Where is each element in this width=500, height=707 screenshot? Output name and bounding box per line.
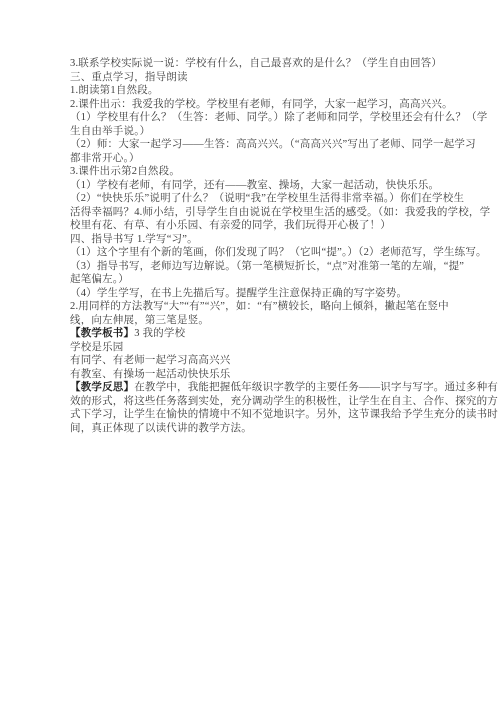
line-text: 间，真正体现了以读代讲的教学方法。: [70, 423, 252, 434]
line-text: 活得幸福吗？4.师小结，引导学生自由说说在学校里生活的感受。（如：我爱我的学校，…: [70, 207, 490, 218]
document-line: 三、重点学习，指导朗读: [70, 71, 440, 85]
lesson-plan-text-block: 3.联系学校实际说一说：学校有什么，自己最喜欢的是什么？（学生自由回答）三、重点…: [70, 57, 440, 435]
document-line: 线，向左伸展，第三笔是竖。: [70, 314, 440, 328]
line-text: 式下学习，让学生在愉快的情境中不知不觉地识字。另外，这节课我给予学生充分的读书时: [70, 409, 498, 420]
line-text: 生自由举手说。）: [70, 126, 150, 137]
line-text: 3.联系学校实际说一说：学校有什么，自己最喜欢的是什么？（学生自由回答）: [70, 58, 442, 69]
document-line: 间，真正体现了以读代讲的教学方法。: [70, 422, 440, 436]
document-line: 四、指导书写 1.学写“习”。: [70, 233, 440, 247]
document-line: 有教室、有操场一起活动快快乐乐: [70, 368, 440, 382]
line-text: （2）“快快乐乐”说明了什么？（说明“我”在学校里生活得非常幸福。）你们在学校生: [70, 193, 464, 204]
document-line: 式下学习，让学生在愉快的情境中不知不觉地识字。另外，这节课我给予学生充分的读书时: [70, 408, 440, 422]
document-line: 3.课件出示第2自然段。: [70, 165, 440, 179]
line-text: 2.用同样的方法教写“大”“有”“兴”，如：“有”横较长，略向上倾斜，撇起笔在竖…: [70, 301, 449, 312]
line-text: 起笔偏左。）: [70, 274, 129, 285]
document-line: 1.朗读第1自然段。: [70, 84, 440, 98]
document-line: 2.课件出示：我爱我的学校。学校里有老师，有同学，大家一起学习，高高兴兴。: [70, 98, 440, 112]
document-line: （1）这个字里有个新的笔画，你们发现了吗？（它叫“提”。）（2）老师范写，学生练…: [70, 246, 440, 260]
document-line: 【教学板书】3 我的学校: [70, 327, 440, 341]
document-line: 学校是乐园: [70, 341, 440, 355]
line-text: （1）学校有老师，有同学，还有——教室、操场，大家一起活动，快快乐乐。: [70, 180, 439, 191]
section-label: 【教学板书】: [70, 328, 134, 339]
line-text: （4）学生学写，在书上先描后写。提醒学生注意保持正确的写字姿势。: [70, 288, 407, 299]
line-text: 线，向左伸展，第三笔是竖。: [70, 315, 209, 326]
line-text: 学校是乐园: [70, 342, 124, 353]
document-line: （2）“快快乐乐”说明了什么？（说明“我”在学校里生活得非常幸福。）你们在学校生: [70, 192, 440, 206]
document-line: 活得幸福吗？4.师小结，引导学生自由说说在学校里生活的感受。（如：我爱我的学校，…: [70, 206, 440, 220]
document-line: 【教学反思】在教学中，我能把握低年级识字教学的主要任务——识字与写字。通过多种有: [70, 381, 440, 395]
document-line: 2.用同样的方法教写“大”“有”“兴”，如：“有”横较长，略向上倾斜，撇起笔在竖…: [70, 300, 440, 314]
section-label: 【教学反思】: [70, 382, 134, 393]
line-text: 三、重点学习，指导朗读: [70, 72, 188, 83]
document-line: 3.联系学校实际说一说：学校有什么，自己最喜欢的是什么？（学生自由回答）: [70, 57, 440, 71]
line-text: 效的形式，将这些任务落到实处，充分调动学生的积极性，让学生在自主、合作、探究的方: [70, 396, 498, 407]
document-line: 生自由举手说。）: [70, 125, 440, 139]
document-line: （2）师：大家一起学习——生答：高高兴兴。（“高高兴兴”写出了老师、同学一起学习: [70, 138, 440, 152]
line-text: 四、指导书写 1.学写“习”。: [70, 234, 198, 245]
line-text: 都非常开心。）: [70, 153, 140, 164]
document-line: 有同学、有老师一起学习高高兴兴: [70, 354, 440, 368]
document-page: 3.联系学校实际说一说：学校有什么，自己最喜欢的是什么？（学生自由回答）三、重点…: [0, 0, 500, 707]
document-line: （1）学校里有什么？（生答：老师、同学。）除了老师和同学，学校里还会有什么？（学: [70, 111, 440, 125]
document-line: （3）指导书写，老师边写边解说。（第一笔横短折长，“点”对准第一笔的左端，“提”: [70, 260, 440, 274]
line-text: 3 我的学校: [134, 328, 185, 339]
document-line: 起笔偏左。）: [70, 273, 440, 287]
document-line: （1）学校有老师，有同学，还有——教室、操场，大家一起活动，快快乐乐。: [70, 179, 440, 193]
document-line: 效的形式，将这些任务落到实处，充分调动学生的积极性，让学生在自主、合作、探究的方: [70, 395, 440, 409]
line-text: 2.课件出示：我爱我的学校。学校里有老师，有同学，大家一起学习，高高兴兴。: [70, 99, 453, 110]
line-text: （1）学校里有什么？（生答：老师、同学。）除了老师和同学，学校里还会有什么？（学: [70, 112, 488, 123]
document-line: 校里有花、有草、有小乐园、有亲爱的同学，我们玩得开心极了！）: [70, 219, 440, 233]
line-text: 有同学、有老师一起学习高高兴兴: [70, 355, 231, 366]
line-text: 1.朗读第1自然段。: [70, 85, 159, 96]
line-text: 有教室、有操场一起活动快快乐乐: [70, 369, 231, 380]
line-text: 校里有花、有草、有小乐园、有亲爱的同学，我们玩得开心极了！）: [70, 220, 391, 231]
line-text: 3.课件出示第2自然段。: [70, 166, 180, 177]
line-text: （1）这个字里有个新的笔画，你们发现了吗？（它叫“提”。）（2）老师范写，学生练…: [70, 247, 487, 258]
document-line: 都非常开心。）: [70, 152, 440, 166]
line-text: （2）师：大家一起学习——生答：高高兴兴。（“高高兴兴”写出了老师、同学一起学习: [70, 139, 476, 150]
document-line: （4）学生学写，在书上先描后写。提醒学生注意保持正确的写字姿势。: [70, 287, 440, 301]
line-text: （3）指导书写，老师边写边解说。（第一笔横短折长，“点”对准第一笔的左端，“提”: [70, 261, 464, 272]
line-text: 在教学中，我能把握低年级识字教学的主要任务——识字与写字。通过多种有: [134, 382, 498, 393]
